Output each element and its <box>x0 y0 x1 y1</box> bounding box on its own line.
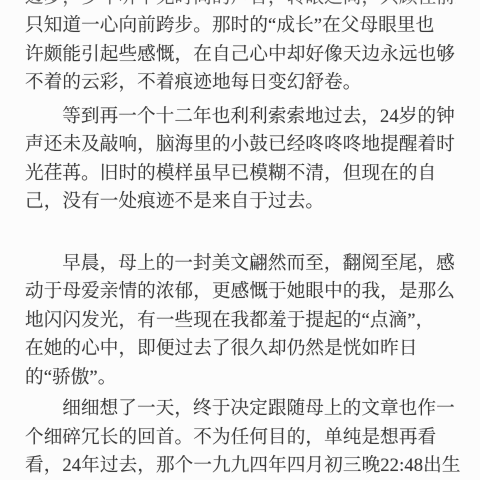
text-line: 早晨，母上的一封美文翩然而至，翻阅至尾，感 <box>25 250 456 279</box>
text-line: 不着的云彩，不着痕迹地每日变幻舒卷。 <box>25 69 456 98</box>
paragraph-growth: 只知道一心向前跨步。那时的“成长”在父母眼里也 许颇能引起些感慨，在自己心中却好… <box>25 12 456 98</box>
text-line: 动于母爱亲情的浓郁，更感慨于她眼中的我，是那么 <box>25 278 456 307</box>
paragraph-mothers-letter: 早晨，母上的一封美文翩然而至，翻阅至尾，感 动于母爱亲情的浓郁，更感慨于她眼中的… <box>25 250 456 393</box>
text-line: 个细碎冗长的回首。不为任何目的，单纯是想再看 <box>25 424 456 453</box>
text-line: 看，24年过去，那个一九九四年四月初三晚22:48出生 <box>25 452 456 480</box>
text-line: 光荏苒。旧时的模样虽早已模糊不清，但现在的自 <box>25 160 456 189</box>
text-line: 许颇能引起些感慨，在自己心中却好像天边永远也够 <box>25 41 456 70</box>
article-text-page: 迈步，少年听不见时间的声音，转眼之间，只顾住前追， 只知道一心向前跨步。那时的“… <box>0 0 480 480</box>
text-line: 地闪闪发光，有一些现在我都羞于提起的“点滴”， <box>25 307 456 336</box>
text-line: 只知道一心向前跨步。那时的“成长”在父母眼里也 <box>25 12 456 41</box>
text-line: 声还未及敲响，脑海里的小鼓已经咚咚咚地提醒着时 <box>25 131 456 160</box>
paragraph-twelve-years: 等到再一个十二年也利利索索地过去，24岁的钟 声还未及敲响，脑海里的小鼓已经咚咚… <box>25 103 456 217</box>
text-line: 的“骄傲”。 <box>25 364 456 393</box>
paragraph-retrospect: 细细想了一天，终于决定跟随母上的文章也作一 个细碎冗长的回首。不为任何目的，单纯… <box>25 395 456 480</box>
text-line: 等到再一个十二年也利利索索地过去，24岁的钟 <box>25 103 456 132</box>
text-line: 己，没有一处痕迹不是来自于过去。 <box>25 188 456 217</box>
text-line: 细细想了一天，终于决定跟随母上的文章也作一 <box>25 395 456 424</box>
clipped-previous-line: 迈步，少年听不见时间的声音，转眼之间，只顾住前追， <box>25 0 456 12</box>
text-line-clipped: 迈步，少年听不见时间的声音，转眼之间，只顾住前追， <box>25 0 456 12</box>
text-line: 在她的心中，即便过去了很久却仍然是恍如昨日 <box>25 335 456 364</box>
